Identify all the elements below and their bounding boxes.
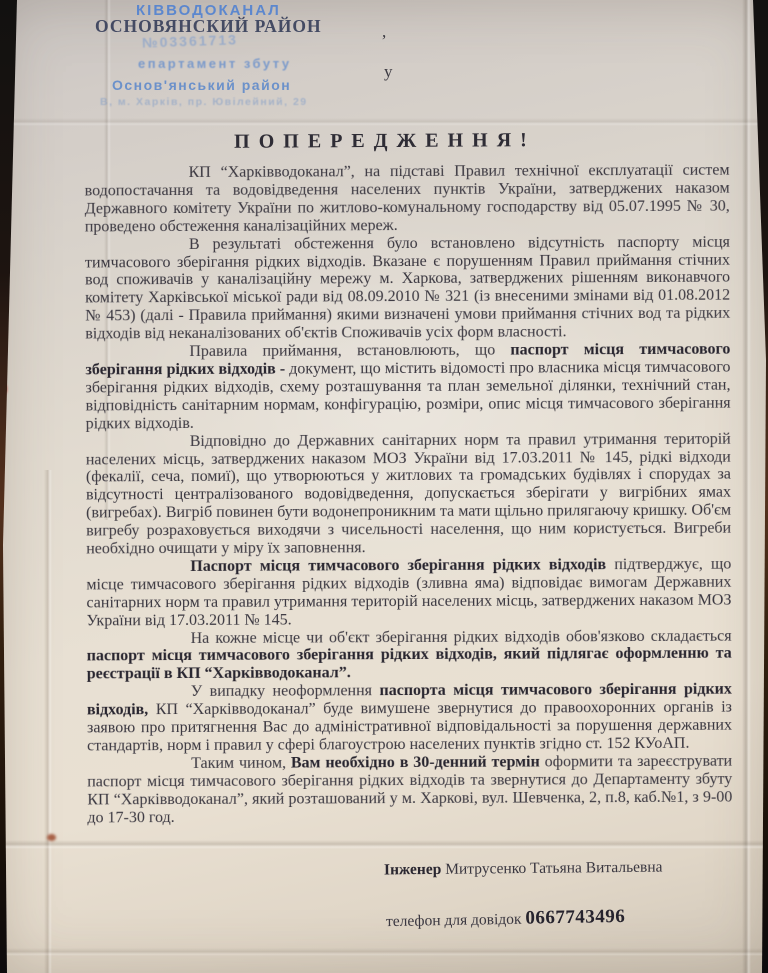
paper-crease	[0, 948, 768, 956]
stamp-raion: Основ'янський район	[112, 77, 291, 93]
paragraph-text: Відповідно до Державних санітарних норм …	[86, 430, 731, 557]
company-stamp: КІВВОДОКАНАЛ ОСНОВЯНСКИЙ РАЙОН №03361713…	[0, 0, 420, 120]
stray-letter-character: у	[384, 62, 393, 82]
paragraph-text: У випадку неоформлення	[191, 682, 380, 700]
stamp-department: епартамент збуту	[138, 56, 292, 71]
document-title: ПОПЕРЕДЖЕННЯ!	[40, 128, 730, 155]
paragraph-3: Правила приймання, встановлюють, що пасп…	[85, 341, 730, 433]
paragraph-bold-text: Паспорт місця тимчасового зберігання рід…	[190, 556, 606, 575]
rust-stain	[47, 834, 56, 841]
paragraph-bold-text: паспорт місця тимчасового зберігання рід…	[87, 645, 732, 683]
paper-crease	[44, 470, 52, 973]
paragraph-7: У випадку неоформлення паспорта місця ти…	[87, 681, 732, 755]
phone-label: телефон для довідок	[386, 911, 522, 930]
phone-number: 0667743496	[525, 906, 625, 929]
paper-crease	[742, 0, 751, 973]
paragraph-2: В результаті обстеження було встановлено…	[85, 233, 730, 343]
paragraph-text: КП “Харківводоканал”, на підставі Правил…	[85, 162, 730, 236]
paragraph-1: КП “Харківводоканал”, на підставі Правил…	[85, 162, 730, 236]
paragraph-text: Таким чином,	[191, 754, 291, 771]
stamp-address: В, м. Харків, пр. Ювілейний, 29	[100, 96, 308, 108]
paragraph-5: Паспорт місця тимчасового зберігання рід…	[86, 556, 731, 630]
phone-line: телефон для довідок 0667743496	[386, 906, 626, 932]
paragraph-4: Відповідно до Державних санітарних норм …	[86, 430, 732, 558]
photo-background: КІВВОДОКАНАЛ ОСНОВЯНСКИЙ РАЙОН №03361713…	[0, 0, 768, 973]
signature-role: Інженер	[384, 861, 441, 879]
paragraph-bold-text: Вам необхідно в 30-денний термін	[291, 753, 540, 771]
document-body: КП “Харківводоканал”, на підставі Правил…	[85, 162, 733, 827]
document-paper: КІВВОДОКАНАЛ ОСНОВЯНСКИЙ РАЙОН №03361713…	[0, 0, 768, 973]
paragraph-6: На кожне місце чи об'єкт зберігання рідк…	[87, 627, 732, 684]
paragraph-text: КП “Харківводоканал” буде вимушене зверн…	[87, 699, 732, 755]
stray-comma-character: ,	[382, 22, 386, 42]
paper-crease	[0, 840, 768, 849]
paragraph-8: Таким чином, Вам необхідно в 30-денний т…	[87, 752, 732, 826]
stamp-registration-number: №03361713	[142, 31, 238, 50]
red-ink-spot	[0, 383, 7, 395]
paragraph-text: На кожне місце чи об'єкт зберігання рідк…	[191, 627, 732, 646]
signature-name: Митрусенко Татьяна Витальевна	[445, 859, 662, 878]
paragraph-text: Правила приймання, встановлюють, що	[189, 342, 510, 360]
paragraph-text: В результаті обстеження було встановлено…	[85, 233, 730, 342]
signature-line: Інженер Митрусенко Татьяна Витальевна	[384, 859, 663, 880]
